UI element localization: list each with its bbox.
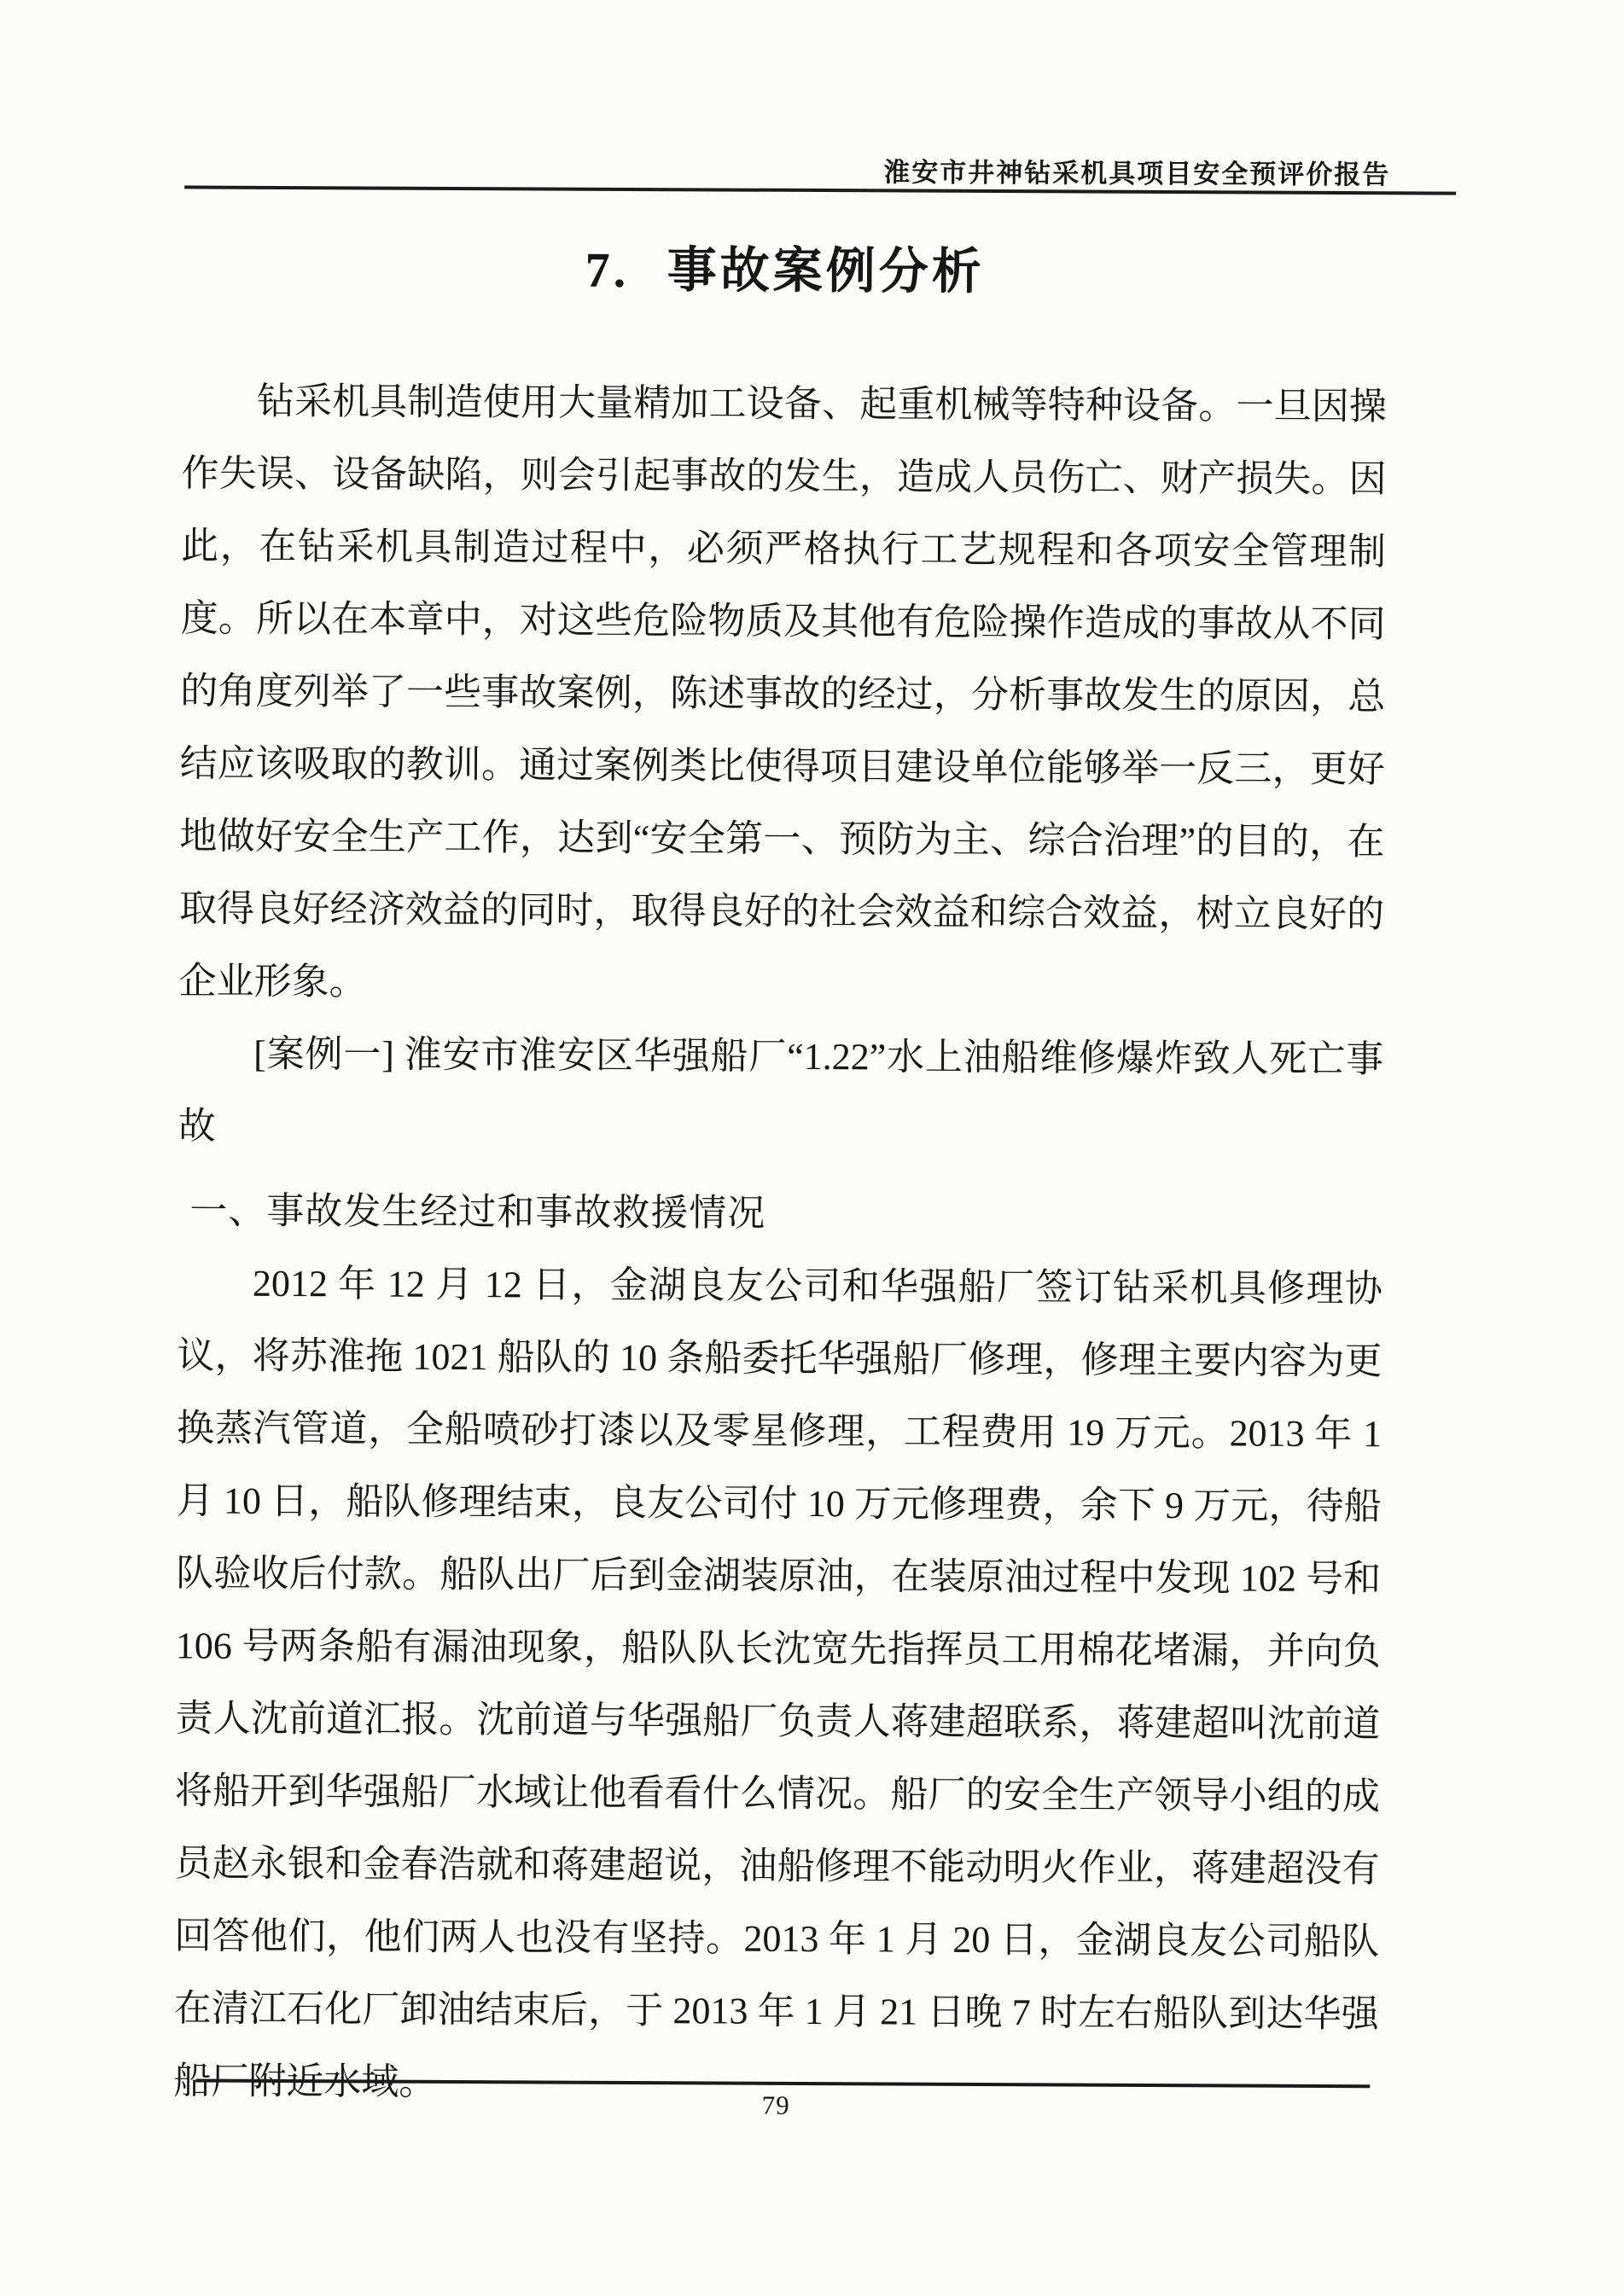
document-page: 淮安市井神钻采机具项目安全预评价报告 7. 事故案例分析 钻采机具制造使用大量精… — [0, 0, 1624, 2296]
running-header: 淮安市井神钻采机具项目安全预评价报告 — [883, 150, 1390, 191]
section-heading: 一、事故发生经过和事故救援情况 — [178, 1174, 1382, 1253]
case-body-paragraph: 2012 年 12 月 12 日，金湖良友公司和华强船厂签订钻采机具修理协议，将… — [173, 1247, 1382, 2123]
intro-paragraph: 钻采机具制造使用大量精加工设备、起重机械等特种设备。一旦因操作失误、设备缺陷，则… — [178, 364, 1387, 1023]
body-content: 钻采机具制造使用大量精加工设备、起重机械等特种设备。一旦因操作失误、设备缺陷，则… — [173, 364, 1387, 2123]
page-number: 79 — [173, 2087, 1378, 2124]
chapter-title: 7. 事故案例分析 — [183, 227, 1388, 305]
case-title-paragraph: [案例一] 淮安市淮安区华强船厂“1.22”水上油船维修爆炸致人死亡事故 — [178, 1017, 1384, 1168]
scanned-page-content: 淮安市井神钻采机具项目安全预评价报告 7. 事故案例分析 钻采机具制造使用大量精… — [0, 0, 1624, 2296]
